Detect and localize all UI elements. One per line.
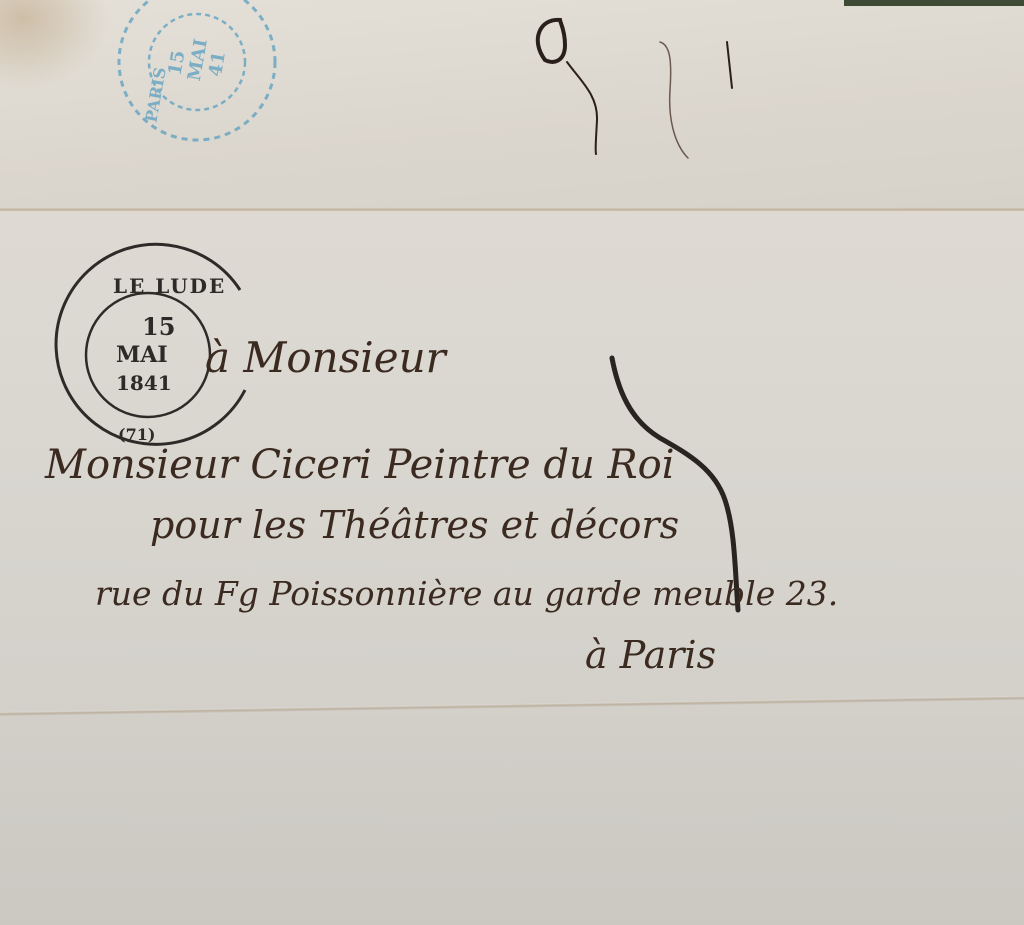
departure-postmark-day: 15 xyxy=(142,312,175,341)
address-line-1: à Monsieur xyxy=(205,333,449,382)
arrival-postmark-outer: PARIS xyxy=(141,66,169,124)
tax-mark-text: 7 xyxy=(0,0,10,4)
manuscript-rate-marking xyxy=(538,20,732,158)
address-line-4: rue du Fg Poissonnière au garde meuble 2… xyxy=(95,574,838,613)
address-line-2: Monsieur Ciceri Peintre du Roi xyxy=(44,442,675,488)
arrival-postmark: 15 MAI 41 PARIS xyxy=(119,0,275,140)
arrival-postmark-year: 41 xyxy=(205,50,230,78)
address-line-5: à Paris xyxy=(585,633,716,677)
departure-postmark-month: MAI xyxy=(116,342,168,368)
departure-postmark-town: LE LUDE xyxy=(113,274,226,298)
departure-postmark-year: 1841 xyxy=(116,371,172,395)
letter-photo: 15 MAI 41 PARIS 9 11 LE LUDE 15 MAI 1841… xyxy=(0,0,1024,925)
address-line-3: pour les Théâtres et décors xyxy=(150,503,679,547)
